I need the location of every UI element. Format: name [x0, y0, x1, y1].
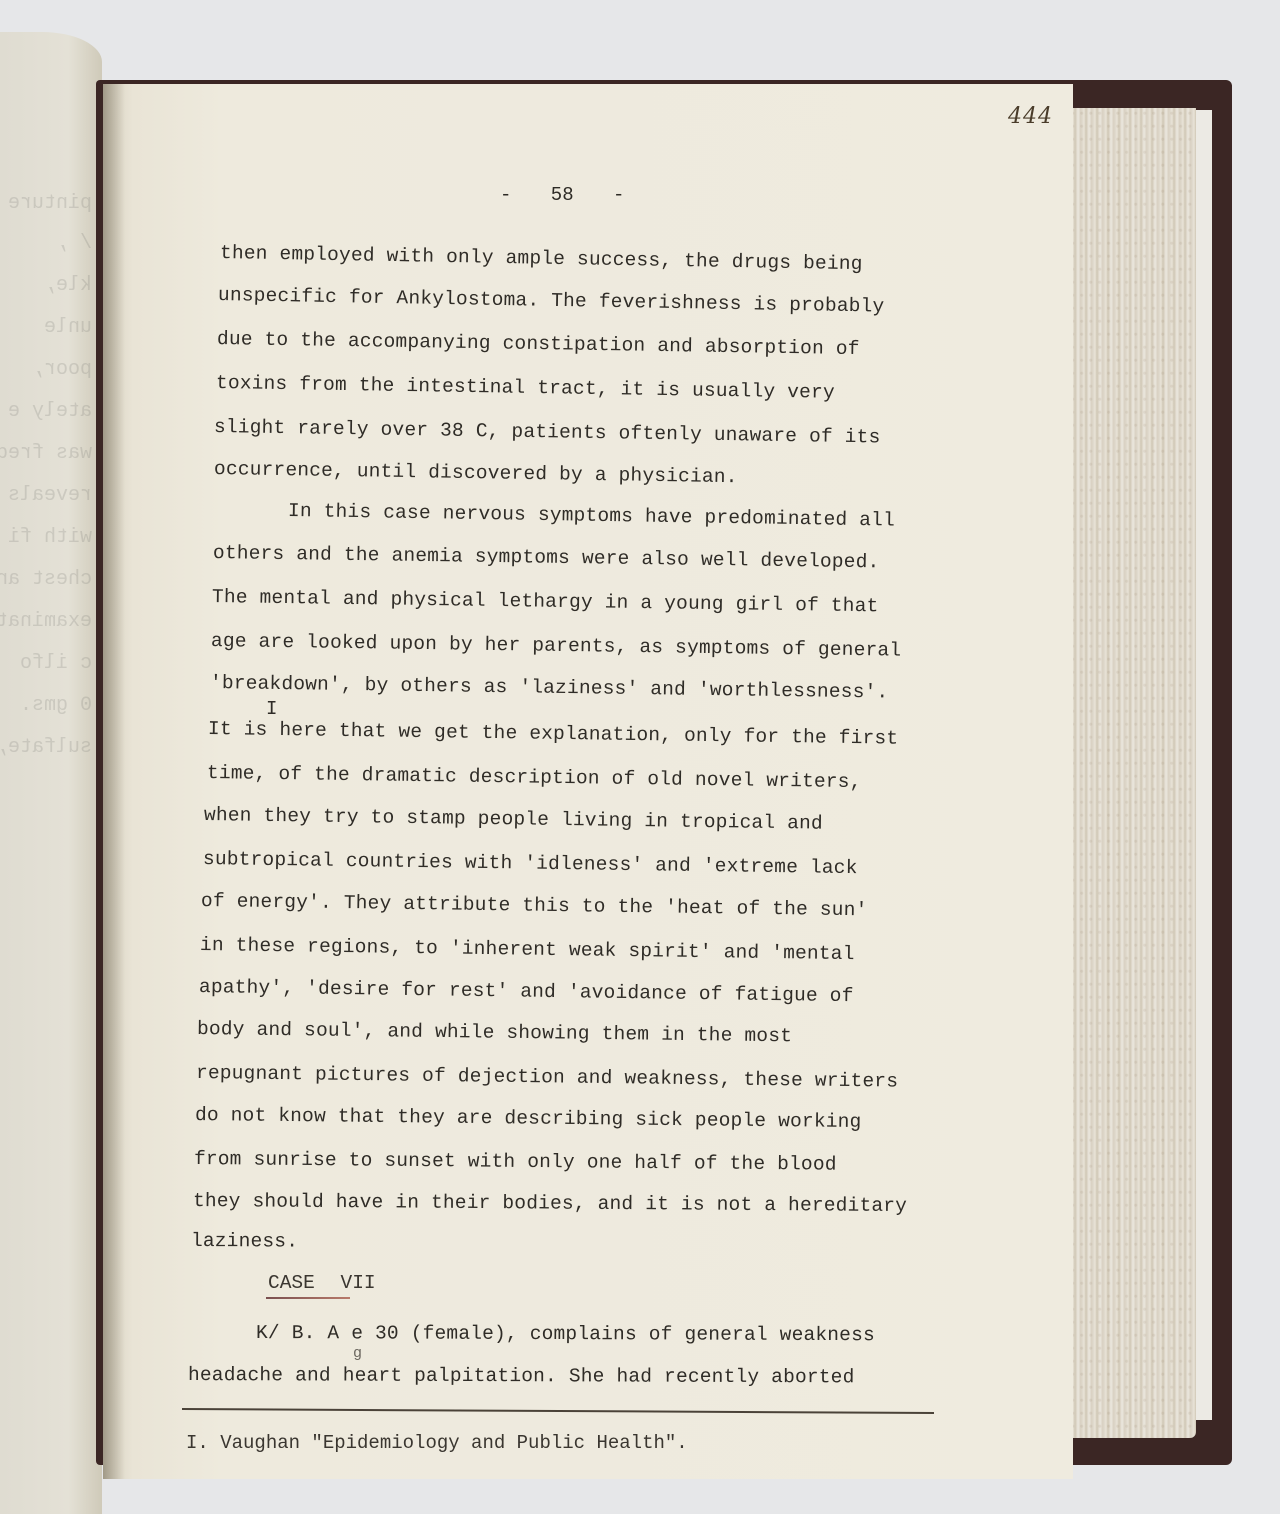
inserted-letter: g — [353, 1345, 362, 1362]
show-through-text: / , — [0, 232, 92, 255]
show-through-text: 0 gms. — [0, 694, 92, 717]
show-through-text: kle, — [0, 274, 92, 297]
handwritten-folio-number: 444 — [1008, 104, 1053, 129]
left-page-curled: pinture / , kle, unle poor, ately e was … — [0, 32, 102, 1514]
show-through-text: pinture — [0, 192, 92, 215]
footnote-marker: I — [266, 698, 277, 720]
show-through-text: unle — [0, 316, 92, 339]
show-through-text: examinat — [0, 610, 92, 633]
page-block-edge — [1070, 108, 1196, 1438]
footnote: I. Vaughan "Epidemiology and Public Heal… — [186, 1432, 688, 1454]
gutter-shadow — [103, 84, 125, 1479]
text-line: headache and heart palpitation. She had … — [188, 1364, 855, 1388]
show-through-text: poor, — [0, 358, 92, 381]
case-heading-underline — [266, 1297, 350, 1299]
text-line: laziness. — [191, 1230, 298, 1253]
show-through-text: reveals — [0, 484, 92, 507]
show-through-text: chest an — [0, 568, 92, 591]
page-number: - 58 - — [500, 184, 624, 206]
cover-inner-edge — [1195, 110, 1212, 1420]
show-through-text: ately e — [0, 400, 92, 423]
show-through-text: with fi — [0, 526, 92, 549]
show-through-text: was freq — [0, 442, 92, 465]
case-heading: CASE VII — [268, 1272, 376, 1294]
text-line: K/ B. A e 30 (female), complains of gene… — [256, 1322, 875, 1346]
show-through-text: c ilfo — [0, 652, 92, 675]
show-through-text: sulfate, — [0, 736, 92, 759]
